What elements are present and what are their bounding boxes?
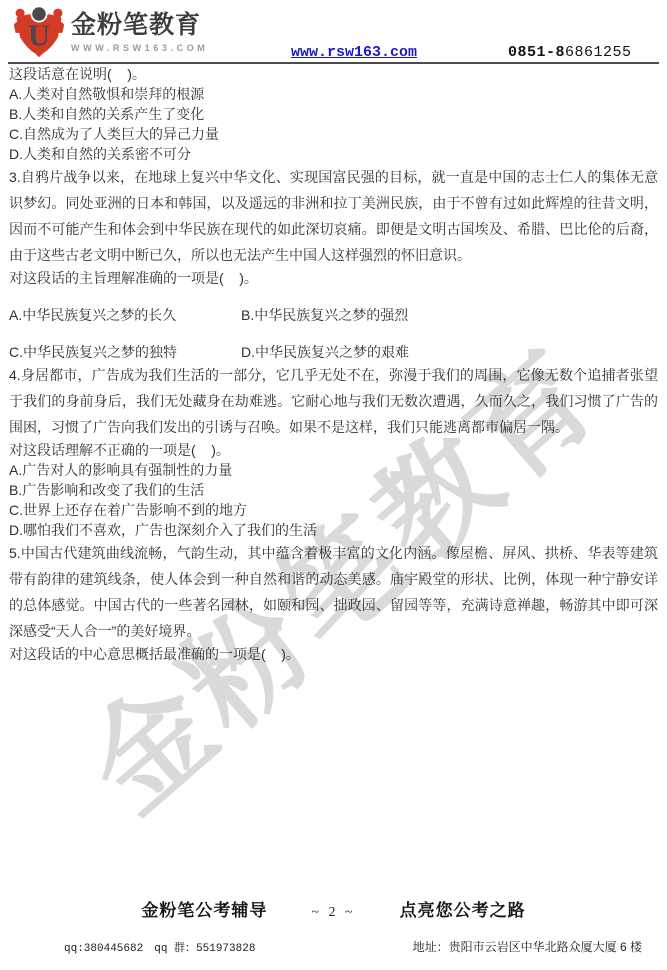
document-body: 这段话意在说明( )。 A.人类对自然敬惧和崇拜的根源 B.人类和自然的关系产生…	[9, 64, 658, 664]
q4-option-a: A.广告对人的影响具有强制性的力量	[9, 460, 658, 480]
q4-passage: 4.身居都市，广告成为我们生活的一部分，它几乎无处不在，弥漫于我们的周围，它像无…	[9, 362, 658, 440]
phone-number: 0851-86861255	[508, 44, 632, 61]
website-link[interactable]: www.rsw163.com	[291, 44, 417, 61]
q2-option-b: B.人类和自然的关系产生了变化	[9, 104, 658, 124]
brand-site-text: WWW.RSW163.COM	[71, 42, 208, 54]
page-header: U 金粉笔教育 WWW.RSW163.COM www.rsw163.com 08…	[0, 0, 667, 64]
brand-logo-icon: U	[12, 4, 66, 60]
q3-stem: 对这段话的主旨理解准确的一项是( )。	[9, 268, 658, 288]
brand-logo: U 金粉笔教育 WWW.RSW163.COM	[12, 4, 208, 60]
footer-address: 地址：贵阳市云岩区中华北路众厦大厦 6 楼	[413, 938, 642, 955]
footer-slogan: 点亮您公考之路	[400, 896, 526, 921]
q3-option-b: B.中华民族复兴之梦的强烈	[241, 305, 408, 325]
brand-name: 金粉笔教育	[71, 10, 208, 40]
q2-option-c: C.自然成为了人类巨大的异己力量	[9, 124, 658, 144]
q4-option-d: D.哪怕我们不喜欢，广告也深刻介入了我们的生活	[9, 520, 658, 540]
q3-options-row-1: A.中华民族复兴之梦的长久 B.中华民族复兴之梦的强烈	[9, 305, 658, 325]
q4-option-c: C.世界上还存在着广告影响不到的地方	[9, 500, 658, 520]
footer-brand-label: 金粉笔公考辅导	[141, 896, 267, 921]
phone-number-bold: 0851-8	[508, 44, 565, 61]
q2-option-d: D.人类和自然的关系密不可分	[9, 144, 658, 164]
q4-stem: 对这段话理解不正确的一项是( )。	[9, 440, 658, 460]
phone-number-rest: 6861255	[565, 44, 632, 61]
page-number: ~ 2 ~	[311, 905, 355, 921]
q3-option-a: A.中华民族复兴之梦的长久	[9, 305, 241, 325]
q3-option-d: D.中华民族复兴之梦的艰难	[241, 342, 409, 362]
footer-qq-info: qq:380445682 qq 群：551973828	[64, 939, 255, 955]
q2-option-a: A.人类对自然敬惧和崇拜的根源	[9, 84, 658, 104]
header-divider	[8, 62, 659, 64]
q3-passage: 3.自鸦片战争以来，在地球上复兴中华文化、实现国富民强的目标，就一直是中国的志士…	[9, 164, 658, 268]
q3-options-row-2: C.中华民族复兴之梦的独特 D.中华民族复兴之梦的艰难	[9, 342, 658, 362]
footer-title-row: 金粉笔公考辅导 ~ 2 ~ 点亮您公考之路	[0, 896, 667, 921]
svg-text:U: U	[28, 19, 50, 53]
q5-stem: 对这段话的中心意思概括最准确的一项是( )。	[9, 644, 658, 664]
brand-text-block: 金粉笔教育 WWW.RSW163.COM	[71, 10, 208, 54]
footer-contact-row: qq:380445682 qq 群：551973828 地址：贵阳市云岩区中华北…	[64, 938, 642, 955]
q4-option-b: B.广告影响和改变了我们的生活	[9, 480, 658, 500]
q2-stem: 这段话意在说明( )。	[9, 64, 658, 84]
q5-passage: 5.中国古代建筑曲线流畅，气韵生动，其中蕴含着极丰富的文化内涵。像屋檐、屏风、拱…	[9, 540, 658, 644]
q3-option-c: C.中华民族复兴之梦的独特	[9, 342, 241, 362]
